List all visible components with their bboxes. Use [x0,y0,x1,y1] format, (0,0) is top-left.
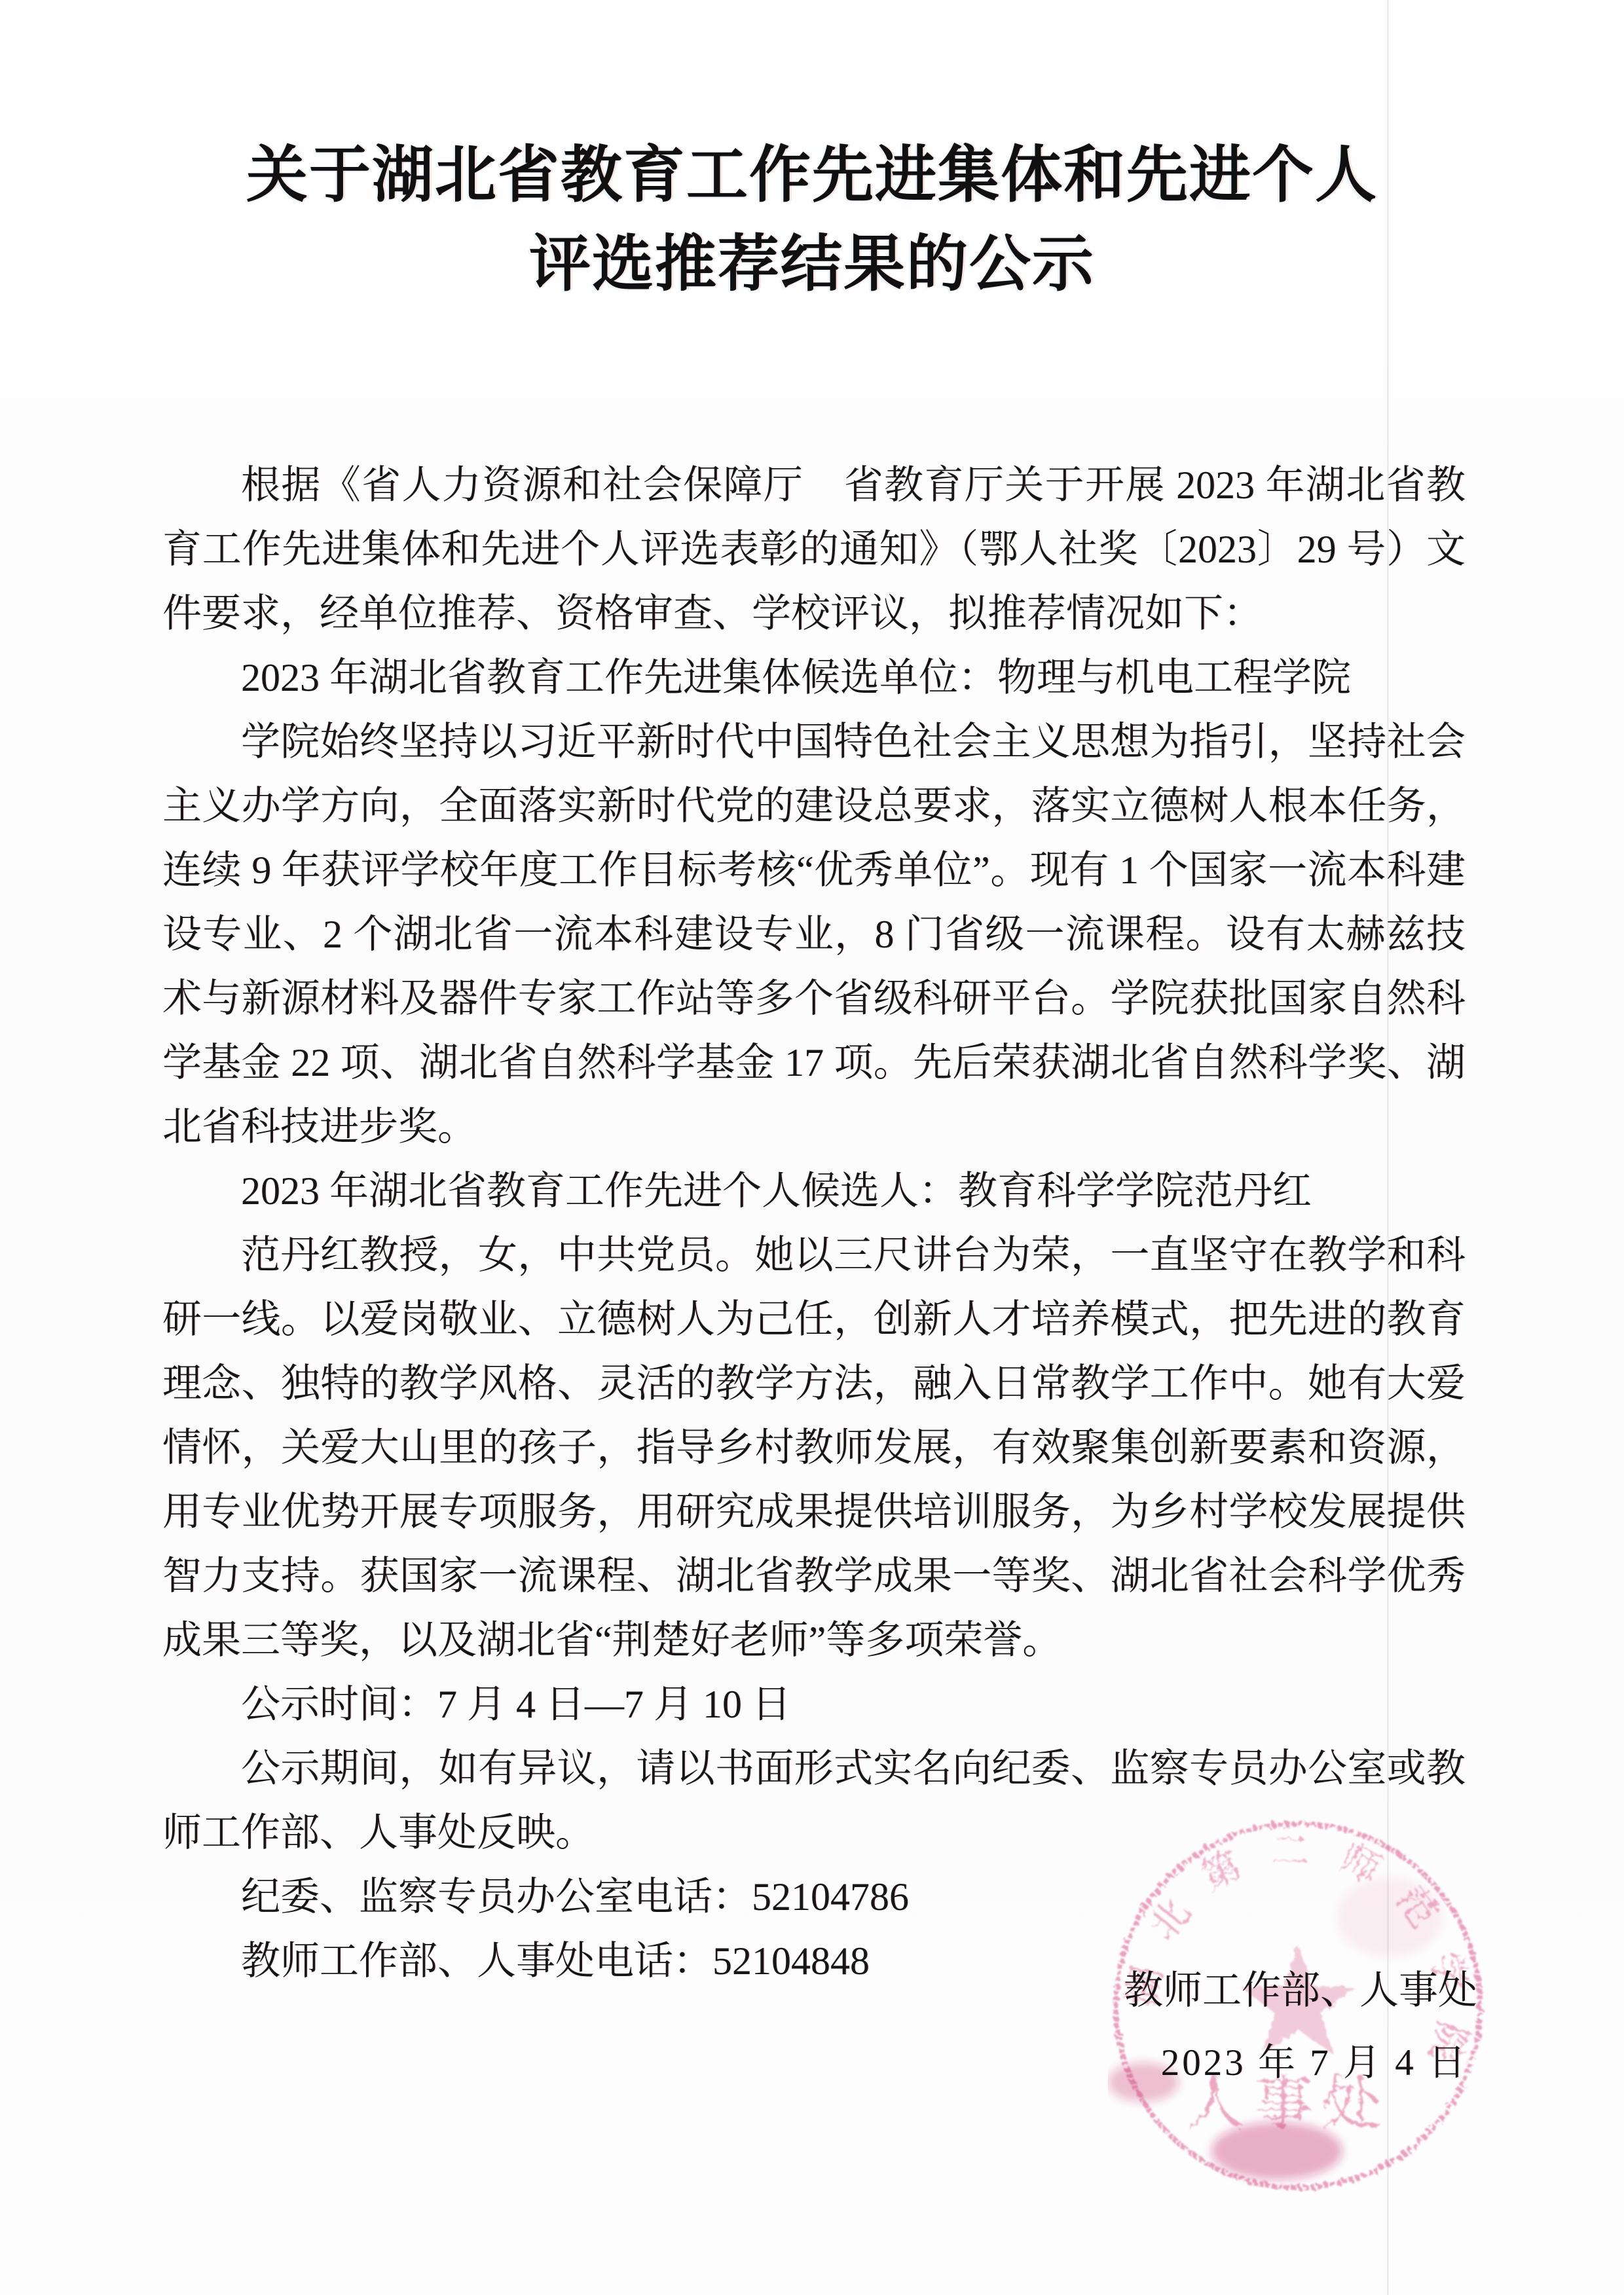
stamp-ink-blob [1211,2122,1342,2180]
paragraph-collective-candidate: 2023 年湖北省教育工作先进集体候选单位：物理与机电工程学院 [162,646,1466,710]
paragraph-individual-candidate: 2023 年湖北省教育工作先进个人候选人：教育科学学院范丹红 [162,1159,1466,1223]
paragraph-basis: 根据《省人力资源和社会保障厅 省教育厅关于开展 2023 年湖北省教育工作先进集… [162,453,1466,646]
paragraph-individual-intro: 范丹红教授，女，中共党员。她以三尺讲台为荣，一直坚守在教学和科研一线。以爱岗敬业… [162,1223,1466,1672]
stamp-ink-blob [1337,1878,1442,1956]
paragraph-publicity-period: 公示时间：7 月 4 日—7 月 10 日 [162,1672,1466,1736]
document-body: 根据《省人力资源和社会保障厅 省教育厅关于开展 2023 年湖北省教育工作先进集… [162,453,1466,1993]
scanned-document-page: 关于湖北省教育工作先进集体和先进个人评选推荐结果的公示 根据《省人力资源和社会保… [0,0,1624,2295]
paragraph-collective-intro: 学院始终坚持以习近平新时代中国特色社会主义思想为指引，坚持社会主义办学方向，全面… [162,710,1466,1159]
title-line-1: 关于湖北省教育工作先进集体和先进个人 [0,131,1624,220]
document-title: 关于湖北省教育工作先进集体和先进个人评选推荐结果的公示 [0,131,1624,309]
title-line-2: 评选推荐结果的公示 [0,220,1624,309]
signature-date: 2023 年 7 月 4 日 [1161,2032,1468,2086]
signature-department: 教师工作部、人事处 [1124,1959,1477,2015]
